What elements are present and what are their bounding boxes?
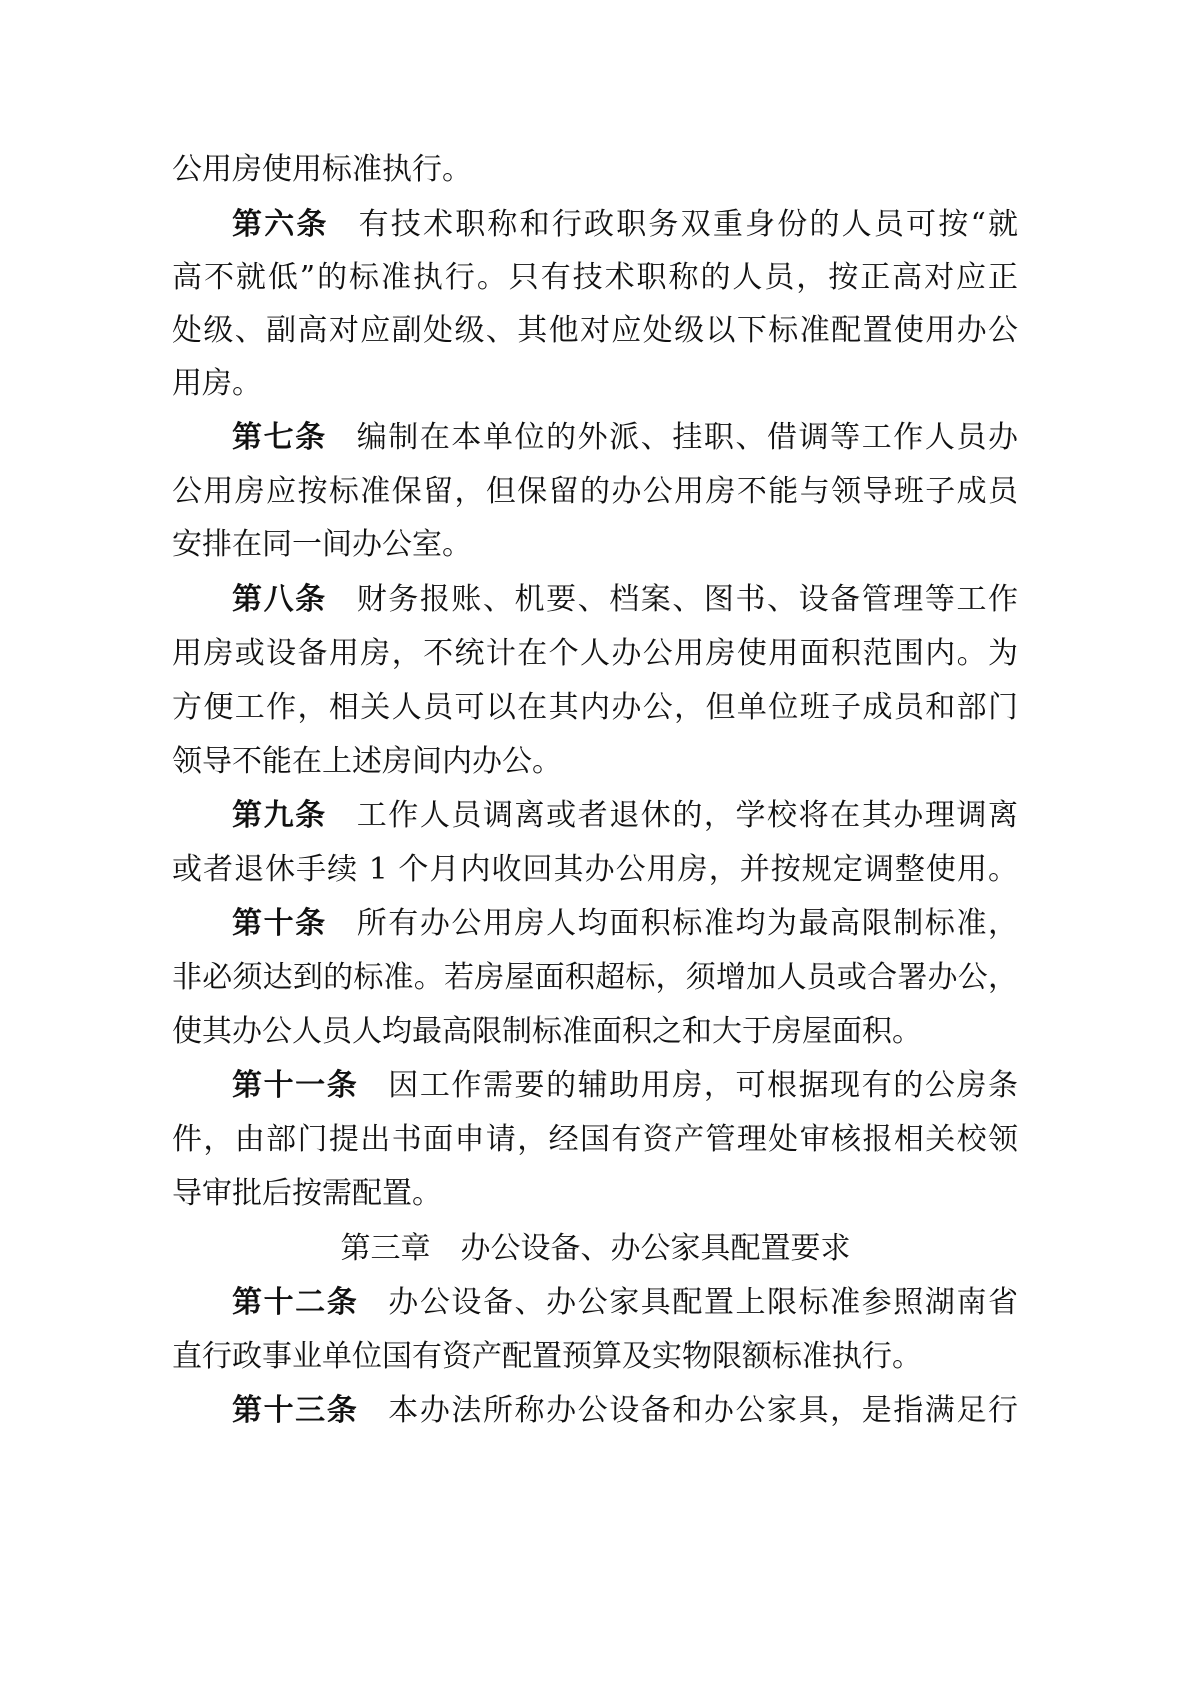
line-text: 本办法所称办公设备和办公家具，是指满足行	[388, 1393, 1018, 1428]
article-heading: 第十一条	[232, 1068, 358, 1103]
document-page: 公用房使用标准执行。 第六条有技术职称和行政职务双重身份的人员可按“就 高不就低…	[0, 0, 1191, 1684]
line-text: 高不就低”的标准执行。只有技术职称的人员，按正高对应正	[172, 260, 1018, 295]
line-text: 有技术职称和行政职务双重身份的人员可按“就	[359, 207, 1018, 242]
article-heading: 第十条	[232, 906, 327, 941]
line-text: 用房或设备用房，不统计在个人办公用房使用面积范围内。为	[172, 636, 1018, 671]
article-12-line: 第十二条办公设备、办公家具配置上限标准参照湖南省	[232, 1283, 1018, 1323]
line-text: 编制在本单位的外派、挂职、借调等工作人员办	[357, 420, 1018, 455]
line-text: 所有办公用房人均面积标准均为最高限制标准，	[357, 906, 1018, 941]
chapter-number: 第三章	[341, 1231, 431, 1266]
paragraph-line: 方便工作，相关人员可以在其内办公，但单位班子成员和部门	[172, 688, 1018, 728]
line-text: 安排在同一间办公室。	[172, 527, 472, 562]
line-text: 领导不能在上述房间内办公。	[172, 744, 562, 779]
paragraph-line: 用房。	[172, 364, 1018, 404]
line-text: 处级、副高对应副处级、其他对应处级以下标准配置使用办公	[172, 313, 1018, 348]
article-13-line: 第十三条本办法所称办公设备和办公家具，是指满足行	[232, 1391, 1018, 1431]
paragraph-line: 处级、副高对应副处级、其他对应处级以下标准配置使用办公	[172, 311, 1018, 351]
article-heading: 第六条	[232, 207, 329, 242]
article-heading: 第九条	[232, 798, 327, 833]
paragraph-line: 直行政事业单位国有资产配置预算及实物限额标准执行。	[172, 1337, 1018, 1377]
line-text: 财务报账、机要、档案、图书、设备管理等工作	[357, 582, 1018, 617]
paragraph-line: 公用房使用标准执行。	[172, 150, 1018, 190]
chapter-heading: 第三章办公设备、办公家具配置要求	[0, 1229, 1191, 1269]
chapter-title: 办公设备、办公家具配置要求	[461, 1231, 851, 1266]
paragraph-line: 或者退休手续 1 个月内收回其办公用房，并按规定调整使用。	[172, 850, 1018, 890]
line-text: 使其办公人员人均最高限制标准面积之和大于房屋面积。	[172, 1014, 922, 1049]
line-text: 导审批后按需配置。	[172, 1176, 442, 1211]
article-8-line: 第八条财务报账、机要、档案、图书、设备管理等工作	[232, 580, 1018, 620]
line-text: 件，由部门提出书面申请，经国有资产管理处审核报相关校领	[172, 1122, 1018, 1157]
article-6-line: 第六条有技术职称和行政职务双重身份的人员可按“就	[232, 205, 1018, 245]
paragraph-line: 导审批后按需配置。	[172, 1174, 1018, 1214]
article-heading: 第八条	[232, 582, 327, 617]
article-10-line: 第十条所有办公用房人均面积标准均为最高限制标准，	[232, 904, 1018, 944]
paragraph-line: 件，由部门提出书面申请，经国有资产管理处审核报相关校领	[172, 1120, 1018, 1160]
paragraph-line: 公用房应按标准保留，但保留的办公用房不能与领导班子成员	[172, 472, 1018, 512]
line-text: 非必须达到的标准。若房屋面积超标，须增加人员或合署办公，	[172, 960, 1018, 995]
paragraph-line: 高不就低”的标准执行。只有技术职称的人员，按正高对应正	[172, 258, 1018, 298]
paragraph-line: 安排在同一间办公室。	[172, 525, 1018, 565]
line-text: 方便工作，相关人员可以在其内办公，但单位班子成员和部门	[172, 690, 1018, 725]
line-text: 直行政事业单位国有资产配置预算及实物限额标准执行。	[172, 1339, 922, 1374]
paragraph-line: 使其办公人员人均最高限制标准面积之和大于房屋面积。	[172, 1012, 1018, 1052]
line-text: 工作人员调离或者退休的，学校将在其办理调离	[357, 798, 1018, 833]
line-text: 或者退休手续 1 个月内收回其办公用房，并按规定调整使用。	[172, 852, 1018, 887]
article-heading: 第七条	[232, 420, 327, 455]
paragraph-line: 领导不能在上述房间内办公。	[172, 742, 1018, 782]
line-text: 公用房应按标准保留，但保留的办公用房不能与领导班子成员	[172, 474, 1018, 509]
article-9-line: 第九条工作人员调离或者退休的，学校将在其办理调离	[232, 796, 1018, 836]
article-heading: 第十三条	[232, 1393, 358, 1428]
article-7-line: 第七条编制在本单位的外派、挂职、借调等工作人员办	[232, 418, 1018, 458]
paragraph-line: 非必须达到的标准。若房屋面积超标，须增加人员或合署办公，	[172, 958, 1018, 998]
line-text: 用房。	[172, 366, 262, 401]
article-heading: 第十二条	[232, 1285, 358, 1320]
line-text: 公用房使用标准执行。	[172, 152, 472, 187]
paragraph-line: 用房或设备用房，不统计在个人办公用房使用面积范围内。为	[172, 634, 1018, 674]
line-text: 办公设备、办公家具配置上限标准参照湖南省	[388, 1285, 1018, 1320]
article-11-line: 第十一条因工作需要的辅助用房，可根据现有的公房条	[232, 1066, 1018, 1106]
line-text: 因工作需要的辅助用房，可根据现有的公房条	[388, 1068, 1018, 1103]
